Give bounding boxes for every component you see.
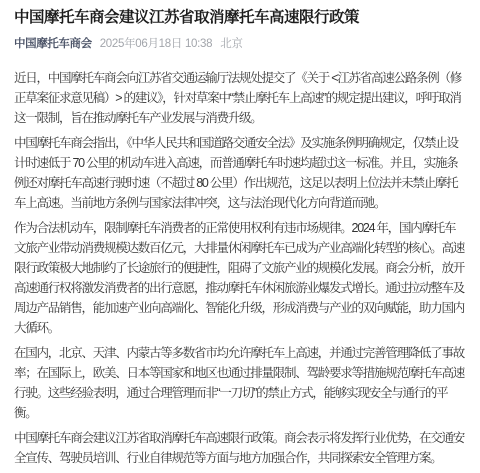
publish-location: 北京 xyxy=(220,37,242,52)
paragraph-domestic-international-experience: 在国内，北京、天津、内蒙古等多数省市均允许摩托车上高速，并通过完善管理降低了事故… xyxy=(14,343,466,423)
paragraph-intro: 近日，中国摩托车商会向江苏省交通运输厅法规处提交了《关于 <江苏省高速公路条例（… xyxy=(14,68,466,128)
byline: 中国摩托车商会 2025年06月18日 10:38 北京 xyxy=(14,37,466,52)
paragraph-legal-basis: 中国摩托车商会指出，《中华人民共和国道路交通安全法》及实施条例明确规定，仅禁止设… xyxy=(14,133,466,213)
article-page: 中国摩托车商会建议江苏省取消摩托车高速限行政策 中国摩托车商会 2025年06月… xyxy=(0,0,480,468)
publish-date: 2025年06月18日 10:38 xyxy=(100,37,213,52)
article-body: 近日，中国摩托车商会向江苏省交通运输厅法规处提交了《关于 <江苏省高速公路条例（… xyxy=(14,68,466,468)
author-link[interactable]: 中国摩托车商会 xyxy=(14,37,92,52)
paragraph-conclusion: 中国摩托车商会建议江苏省取消摩托车高速限行政策。商会表示将发挥行业优势，在交通安… xyxy=(14,428,466,468)
paragraph-industry-impact: 作为合法机动车，限制摩托车消费者的正常使用权利有违市场规律。2024 年，国内摩… xyxy=(14,218,466,338)
article-title: 中国摩托车商会建议江苏省取消摩托车高速限行政策 xyxy=(14,7,466,29)
